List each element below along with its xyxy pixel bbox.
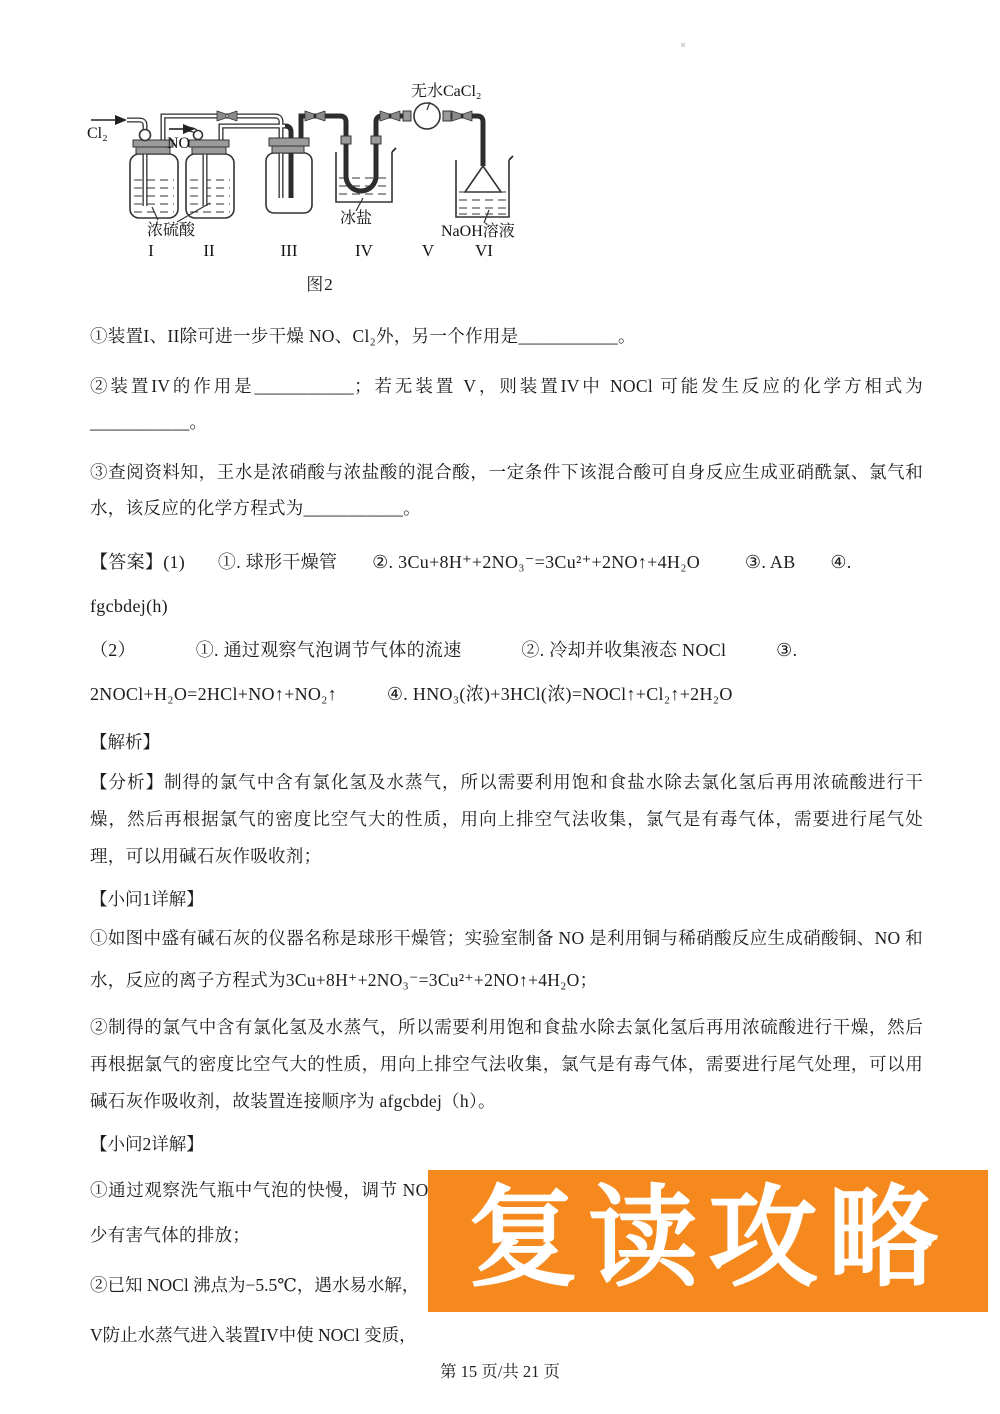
- answer-1-item-2-equation: ②. 3Cu+8H⁺+2NO₃⁻=3Cu²⁺+2NO↑+4H₂O: [372, 552, 700, 572]
- sub2-paragraph-2-line2: V防止水蒸气进入装置IV中使 NOCl 变质，: [90, 1310, 435, 1360]
- answer-1-item-3: ③. AB: [745, 552, 796, 572]
- watermark-text: 复读攻略: [468, 1184, 948, 1294]
- wash-bottle-2: [186, 154, 234, 218]
- question-3: ③查阅资料知，王水是浓硝酸与浓盐酸的混合酸，一定条件下该混合酸可自身反应生成亚硝…: [90, 454, 923, 526]
- answer-2-item-3: ③.: [776, 640, 797, 660]
- unit-label-6: VI: [475, 241, 493, 260]
- answer-2-item-4-equation: ④. HNO₃(浓)+3HCl(浓)=NOCl↑+Cl₂↑+2H₂O: [387, 684, 733, 704]
- sub1-paragraph-1: ①如图中盛有碱石灰的仪器名称是球形干燥管；实验室制备 NO 是利用铜与稀硝酸反应…: [90, 917, 923, 1001]
- page-footer: 第 15 页/共 21 页: [0, 1358, 1000, 1382]
- no-inlet-label: NO: [167, 135, 190, 152]
- answer-part1-number: (1): [163, 552, 185, 572]
- answer-label: 【答案】: [90, 552, 163, 572]
- answer-1-item-4-cont: fgcbdej(h): [90, 596, 168, 616]
- answer-2-item-1: ①. 通过观察气泡调节气体的流速: [196, 640, 462, 660]
- question-2: ②装置IV的作用是___________；若无装置 V，则装置IV中 NOCl …: [90, 368, 923, 440]
- apparatus-diagram: Cl₂ NO 浓硫酸 冰盐 无水CaCl₂ NaOH溶液 I II III IV…: [85, 80, 555, 266]
- sub1-heading: 【小问1详解】: [90, 881, 923, 917]
- sub2-heading: 【小问2详解】: [90, 1126, 923, 1162]
- answer-2-item-2: ②. 冷却并收集液态 NOCl: [521, 640, 726, 660]
- wash-bottle-1: [130, 154, 178, 218]
- answer-1-item-4: ④.: [830, 552, 851, 572]
- figure-caption: 图2: [85, 270, 555, 295]
- unit-label-3: III: [281, 241, 298, 260]
- unit-label-1: I: [148, 241, 154, 260]
- cl2-inlet-label: Cl₂: [87, 125, 108, 142]
- glass-joint-2: [194, 131, 203, 140]
- answer-line-3: （2） ①. 通过观察气泡调节气体的流速 ②. 冷却并收集液态 NOCl ③.: [90, 628, 923, 672]
- answer-line-2: fgcbdej(h): [90, 584, 923, 628]
- sub2-paragraph-2-line1: ②已知 NOCl 沸点为−5.5℃，遇水易水解，: [90, 1260, 435, 1310]
- fenxi-paragraph: 【分析】制得的氯气中含有氯化氢及水蒸气，所以需要利用饱和食盐水除去氯化氢后再用浓…: [90, 764, 923, 875]
- jiexi-heading: 【解析】: [90, 724, 923, 760]
- answer-block: 【答案】(1) ①. 球形干燥管 ②. 3Cu+8H⁺+2NO₃⁻=3Cu²⁺+…: [90, 540, 923, 716]
- cacl2-label: 无水CaCl₂: [411, 82, 481, 100]
- apparatus-figure: Cl₂ NO 浓硫酸 冰盐 无水CaCl₂ NaOH溶液 I II III IV…: [85, 80, 555, 295]
- answer-line-1: 【答案】(1) ①. 球形干燥管 ②. 3Cu+8H⁺+2NO₃⁻=3Cu²⁺+…: [90, 540, 923, 584]
- unit-label-2: II: [203, 241, 215, 260]
- answer-line-4: 2NOCl+H₂O=2HCl+NO↑+NO₂↑ ④. HNO₃(浓)+3HCl(…: [90, 672, 923, 716]
- answer-1-item-1: ①. 球形干燥管: [218, 552, 337, 572]
- unit-label-5: V: [422, 241, 435, 260]
- naoh-label: NaOH溶液: [441, 222, 515, 240]
- question-1: ①装置I、II除可进一步干燥 NO、Cl₂外，另一个作用是___________…: [90, 318, 923, 354]
- h2so4-label: 浓硫酸: [147, 221, 196, 239]
- watermark-banner: 复读攻略: [428, 1170, 988, 1312]
- answer-part2-number: （2）: [90, 640, 136, 660]
- glass-joint-1: [140, 130, 151, 141]
- ice-salt-label: 冰盐: [340, 208, 372, 227]
- document-page: Cl₂ NO 浓硫酸 冰盐 无水CaCl₂ NaOH溶液 I II III IV…: [0, 0, 1000, 1414]
- scan-artifact-dot: [681, 43, 685, 47]
- unit-label-4: IV: [355, 241, 374, 260]
- drying-bulb: [414, 103, 440, 129]
- sub1-paragraph-2: ②制得的氯气中含有氯化氢及水蒸气，所以需要利用饱和食盐水除去氯化氢后再用浓硫酸进…: [90, 1009, 923, 1120]
- answer-2-item-3-equation: 2NOCl+H₂O=2HCl+NO↑+NO₂↑: [90, 684, 337, 704]
